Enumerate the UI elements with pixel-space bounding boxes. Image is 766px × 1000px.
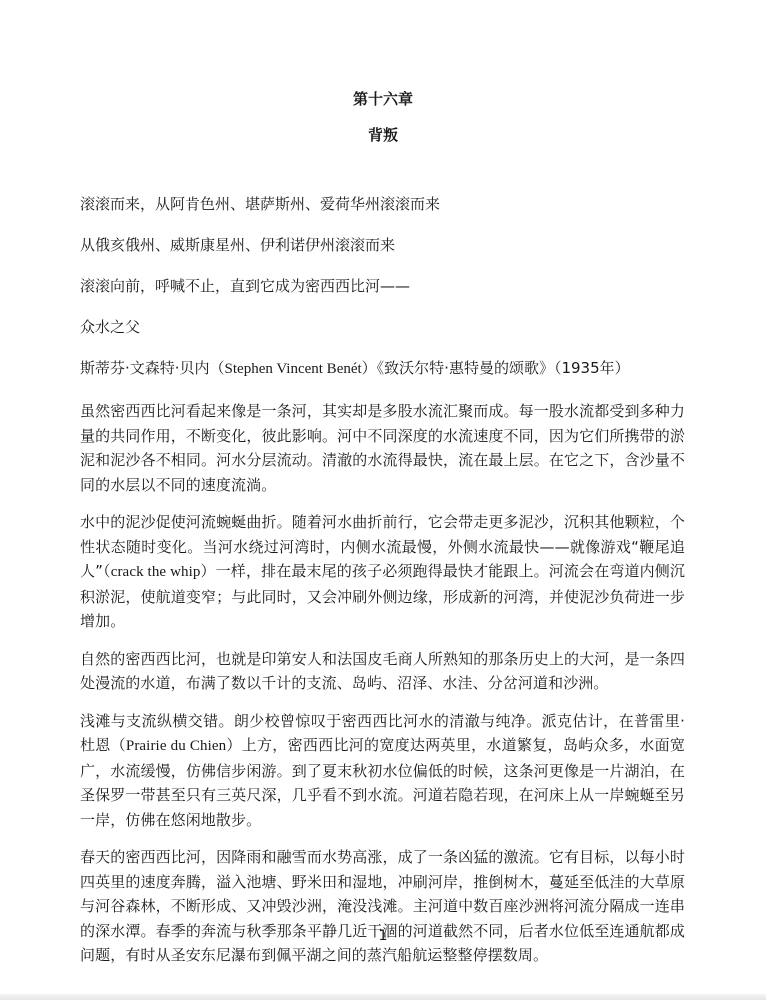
page-body: 滚滚而来，从阿肯色州、堪萨斯州、爱荷华州滚滚而来 从俄亥俄州、威斯康星州、伊利诺… [80,193,685,981]
paragraph: 浅滩与支流纵横交错。朗少校曾惊叹于密西西比河水的清澈与纯净。派克估计，在普雷里·… [80,709,685,833]
epigraph-line: 滚滚向前，呼喊不止，直到它成为密西西比河—— [80,275,685,297]
chapter-title: 背叛 [0,124,766,145]
attribution-author-en: Stephen Vincent Benét [225,361,362,377]
chapter-number: 第十六章 [0,88,766,109]
epigraph-attribution: 斯蒂芬·文森特·贝内（Stephen Vincent Benét）《致沃尔特·惠… [80,357,685,380]
paragraph-latin-term: Prairie du Chien [126,738,226,754]
paragraph: 虽然密西西比河看起来像是一条河，其实却是多股水流汇聚而成。每一股水流都受到多种力… [80,399,685,497]
page-number: 1 [0,928,766,944]
document-page: 第十六章 背叛 滚滚而来，从阿肯色州、堪萨斯州、爱荷华州滚滚而来 从俄亥俄州、威… [0,0,766,994]
attribution-work: ）《致沃尔特·惠特曼的颂歌》（1935年） [362,359,630,377]
epigraph: 滚滚而来，从阿肯色州、堪萨斯州、爱荷华州滚滚而来 从俄亥俄州、威斯康星州、伊利诺… [80,193,685,380]
paragraph: 春天的密西西比河，因降雨和融雪而水势高涨，成了一条凶猛的激流。它有目标，以每小时… [80,845,685,968]
attribution-author-cn: 斯蒂芬·文森特·贝内（ [80,359,225,377]
paragraph-latin-term: crack the whip [111,564,201,580]
paragraph: 水中的泥沙促使河流蜿蜒曲折。随着河水曲折前行，它会带走更多泥沙，沉积其他颗粒，个… [80,510,685,634]
paragraph: 自然的密西西比河，也就是印第安人和法国皮毛商人所熟知的那条历史上的大河，是一条四… [80,647,685,696]
page-bottom-edge [0,994,766,1000]
epigraph-line: 滚滚而来，从阿肯色州、堪萨斯州、爱荷华州滚滚而来 [80,193,685,215]
epigraph-line: 从俄亥俄州、威斯康星州、伊利诺伊州滚滚而来 [80,234,685,256]
epigraph-line: 众水之父 [80,316,685,338]
